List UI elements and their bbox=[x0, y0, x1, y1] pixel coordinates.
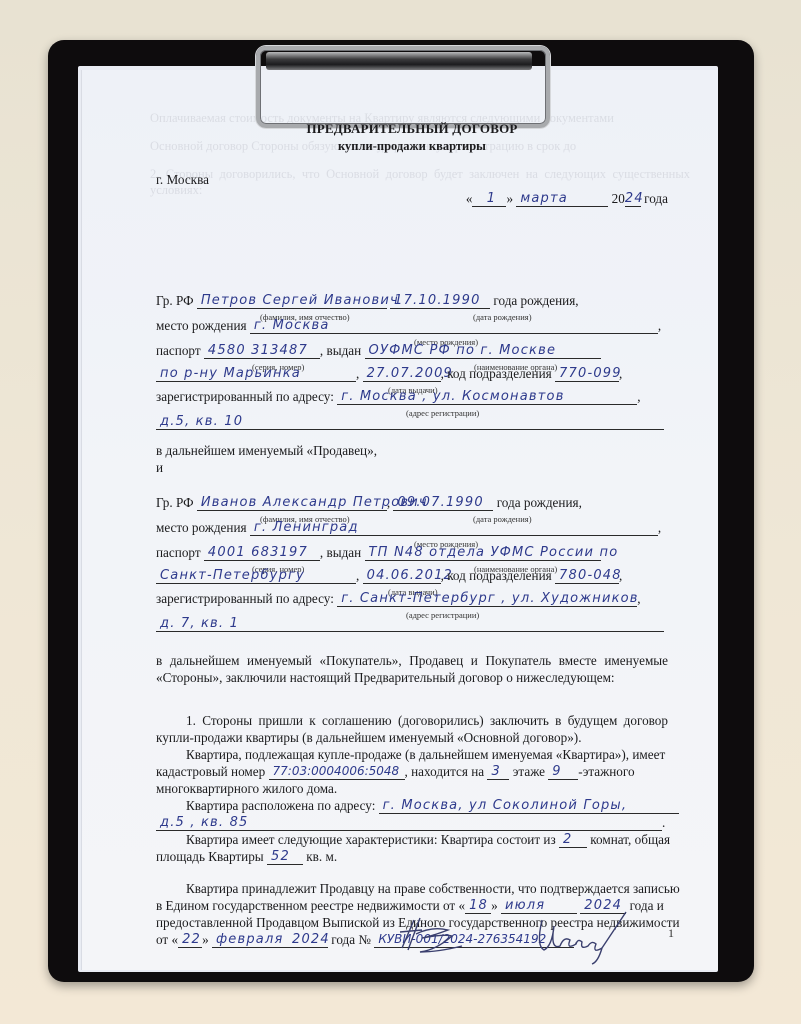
seller-signature bbox=[392, 912, 482, 962]
date-month[interactable]: марта bbox=[516, 191, 608, 207]
buyer-issue-date[interactable]: 04.06.2012 bbox=[363, 568, 441, 584]
seller-address-line: зарегистрированный по адресу: г. Москва … bbox=[156, 388, 668, 405]
cadastral-number[interactable]: 77:03:0004006:5048 bbox=[269, 764, 405, 780]
buyer-passport-line: паспорт 4001 683197, выдан ТП N48 отдела… bbox=[156, 544, 668, 561]
buyer-issue-line: Санкт-Петербургу, 04.06.2012, код подраз… bbox=[156, 567, 668, 584]
apartment-address-cont[interactable]: д.5 , кв. 85 bbox=[156, 815, 662, 831]
apartment-address[interactable]: г. Москва, ул Соколиной Горы, bbox=[379, 798, 679, 814]
seller-address-cont-line: д.5, кв. 10 bbox=[156, 413, 668, 430]
buyer-birth-date[interactable]: 09.07.1990 bbox=[393, 495, 493, 511]
seller-address-cont[interactable]: д.5, кв. 10 bbox=[156, 414, 664, 430]
floor[interactable]: 3 bbox=[487, 764, 509, 780]
date-day[interactable]: 1 bbox=[472, 191, 506, 207]
clause-1: 1. Стороны пришли к соглашению (договори… bbox=[156, 712, 668, 746]
seller-issue-line: по р-ну Марьинка, 27.07.2009, код подраз… bbox=[156, 365, 668, 382]
buyer-address-line: зарегистрированный по адресу: г. Санкт-П… bbox=[156, 590, 668, 607]
area-line: площадь Квартиры 52 кв. м. bbox=[156, 848, 668, 865]
apartment-address-cont-line: д.5 , кв. 85. bbox=[156, 814, 668, 831]
characteristics-line: Квартира имеет следующие характеристики:… bbox=[156, 831, 668, 848]
seller-block: Гр. РФ Петров Сергей Иванович 17.10.1990… bbox=[156, 292, 668, 476]
seller-issue-date[interactable]: 27.07.2009 bbox=[363, 366, 441, 382]
seller-fio[interactable]: Петров Сергей Иванович bbox=[197, 293, 387, 309]
seller-address[interactable]: г. Москва , ул. Космонавтов bbox=[337, 389, 637, 405]
date-year[interactable]: 24 bbox=[625, 191, 641, 207]
buyer-address[interactable]: г. Санкт-Петербург , ул. Художников bbox=[337, 591, 637, 607]
doc-title: ПРЕДВАРИТЕЛЬНЫЙ ДОГОВОР bbox=[156, 120, 668, 137]
seller-birth-place[interactable]: г. Москва bbox=[250, 318, 658, 334]
apartment-intro: Квартира, подлежащая купле-продаже (в да… bbox=[156, 746, 668, 763]
buyer-fio-line: Гр. РФ Иванов Александр Петрович, 09.07.… bbox=[156, 494, 668, 511]
cadastral-line: кадастровый номер 77:03:0004006:5048, на… bbox=[156, 763, 668, 780]
clipboard-clip[interactable] bbox=[256, 46, 550, 128]
extract-day[interactable]: 22 bbox=[178, 932, 202, 948]
buyer-address-cont-line: д. 7, кв. 1 bbox=[156, 615, 668, 632]
buyer-address-cont[interactable]: д. 7, кв. 1 bbox=[156, 616, 664, 632]
contract-body: ПРЕДВАРИТЕЛЬНЫЙ ДОГОВОР купли-продажи кв… bbox=[156, 120, 668, 207]
seller-fio-line: Гр. РФ Петров Сергей Иванович 17.10.1990… bbox=[156, 292, 668, 309]
seller-passport[interactable]: 4580 313487 bbox=[204, 343, 320, 359]
page-number: 1 bbox=[668, 926, 674, 941]
conjunction: и bbox=[156, 459, 668, 476]
buyer-issuer[interactable]: ТП N48 отдела УФМС России по bbox=[365, 545, 601, 561]
seller-role: в дальнейшем именуемый «Продавец», bbox=[156, 442, 668, 459]
contract-date: «1» марта 2024 года bbox=[156, 190, 668, 207]
buyer-fio[interactable]: Иванов Александр Петрович bbox=[197, 495, 387, 511]
seller-passport-line: паспорт 4580 313487, выдан ОУФМС РФ по г… bbox=[156, 342, 668, 359]
rooms[interactable]: 2 bbox=[559, 832, 587, 848]
buyer-passport[interactable]: 4001 683197 bbox=[204, 545, 320, 561]
parties-paragraph: в дальнейшем именуемый «Покупатель», Про… bbox=[156, 652, 668, 686]
apartment-section: Квартира, подлежащая купле-продаже (в да… bbox=[156, 746, 668, 865]
area[interactable]: 52 bbox=[267, 849, 303, 865]
building-type: многоквартирного жилого дома. bbox=[156, 780, 668, 797]
buyer-birthplace-line: место рождения г. Ленинград, (место рожд… bbox=[156, 519, 668, 536]
buyer-issuer-cont[interactable]: Санкт-Петербургу bbox=[156, 568, 356, 584]
city: г. Москва bbox=[156, 172, 209, 187]
buyer-signature bbox=[530, 906, 650, 966]
ownership-text-1: Квартира принадлежит Продавцу на праве с… bbox=[156, 880, 668, 897]
buyer-division-code[interactable]: 780-048 bbox=[555, 568, 619, 584]
buyer-birth-place[interactable]: г. Ленинград bbox=[250, 520, 658, 536]
extract-year[interactable]: 2024 bbox=[288, 932, 328, 948]
city-line: г. Москва bbox=[156, 171, 668, 188]
seller-division-code[interactable]: 770-099 bbox=[555, 366, 619, 382]
seller-birthplace-line: место рождения г. Москва, (место рождени… bbox=[156, 317, 668, 334]
extract-month[interactable]: февраля bbox=[212, 932, 288, 948]
buyer-block: Гр. РФ Иванов Александр Петрович, 09.07.… bbox=[156, 494, 668, 632]
seller-birth-date[interactable]: 17.10.1990 bbox=[390, 293, 490, 309]
seller-issuer[interactable]: ОУФМС РФ по г. Москве bbox=[365, 343, 601, 359]
doc-subtitle: купли-продажи квартиры bbox=[156, 138, 668, 155]
floors-total[interactable]: 9 bbox=[548, 764, 578, 780]
seller-issuer-cont[interactable]: по р-ну Марьинка bbox=[156, 366, 356, 382]
apartment-address-line: Квартира расположена по адресу: г. Москв… bbox=[156, 797, 668, 814]
